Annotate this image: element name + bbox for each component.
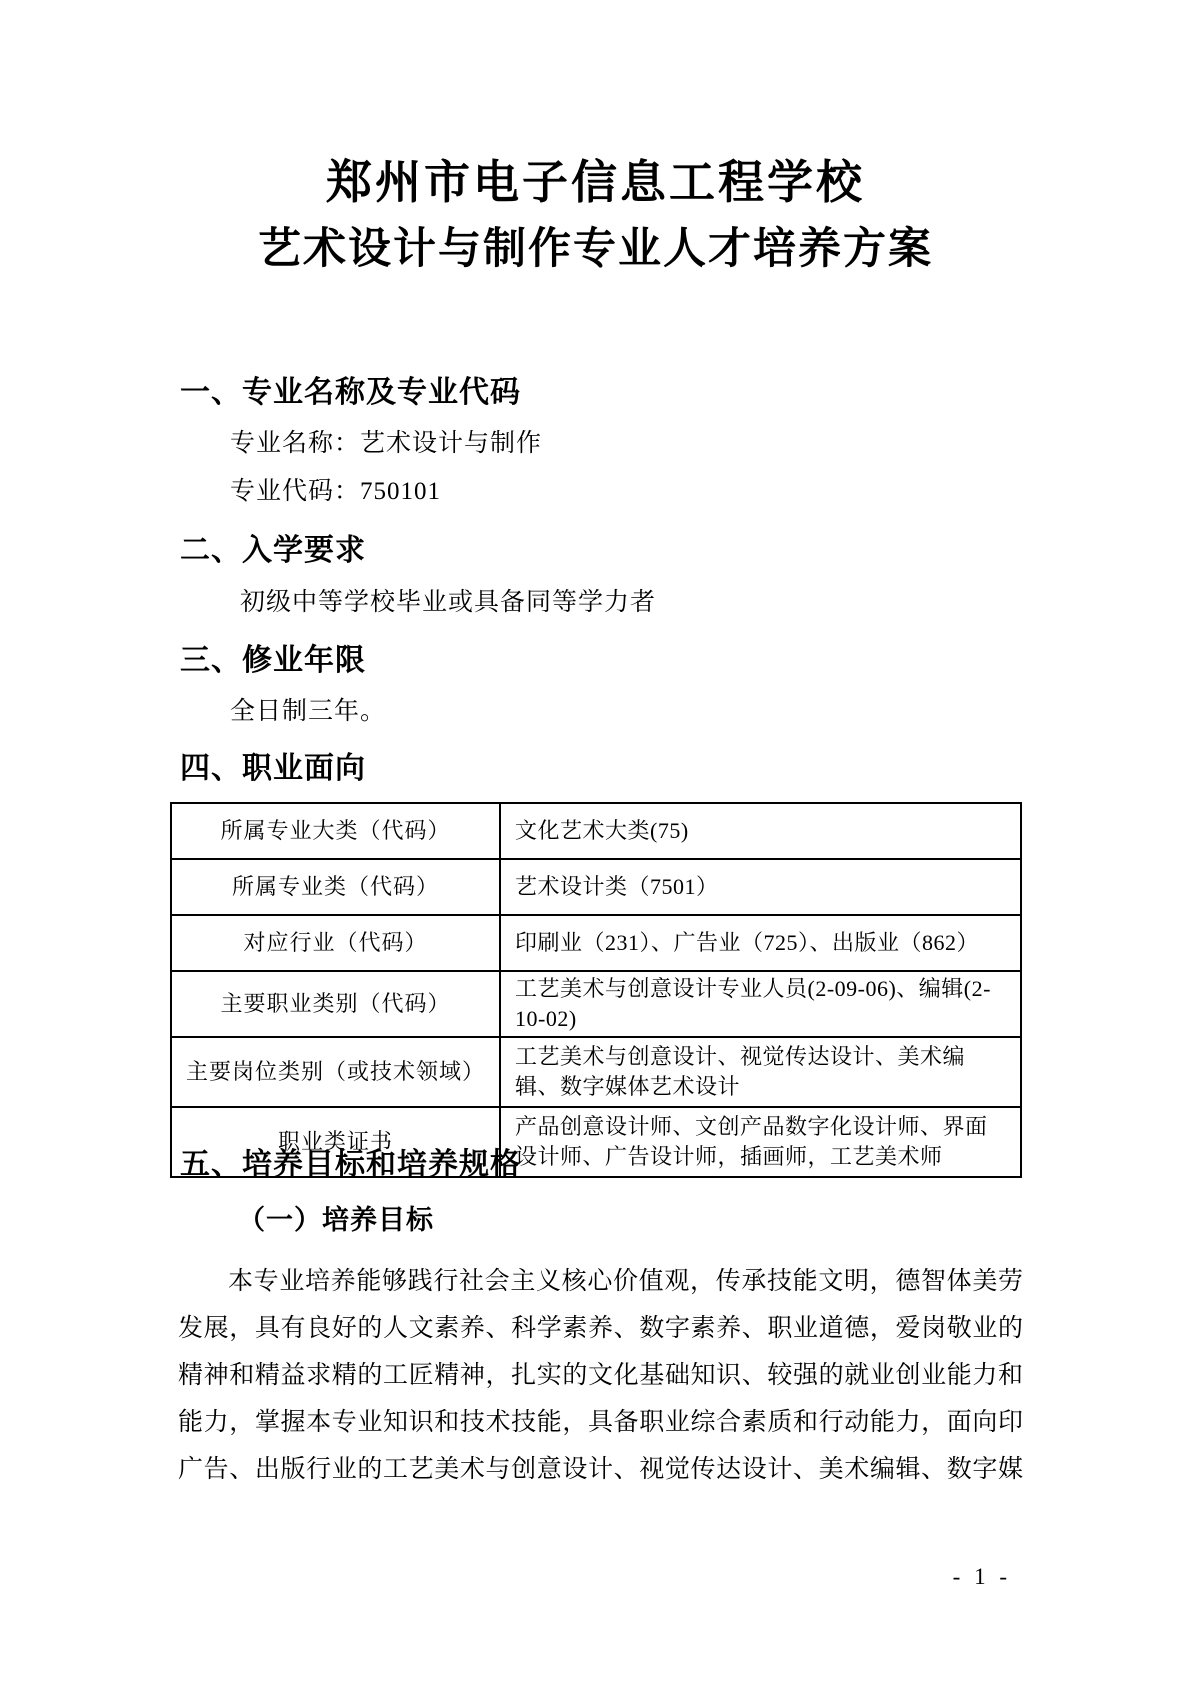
table-row-value: 工艺美术与创意设计、视觉传达设计、美术编辑、数字媒体艺术设计 [500,1037,1021,1107]
paragraph-line: 广告、出版行业的工艺美术与创意设计、视觉传达设计、美术编辑、数字媒体艺 [178,1446,1023,1493]
document-title-line2: 艺术设计与制作专业人才培养方案 [0,226,1191,273]
table-row-value: 产品创意设计师、文创产品数字化设计师、界面设计师、广告设计师，插画师，工艺美术师 [500,1107,1021,1177]
table-row-label: 所属专业类（代码） [171,859,500,915]
page-number: - 1 - [953,1564,1011,1589]
study-duration-line: 全日制三年。 [230,698,386,727]
table-row: 所属专业大类（代码） 文化艺术大类(75) [171,803,1021,859]
table-row: 主要职业类别（代码） 工艺美术与创意设计专业人员(2-09-06)、编辑(2-1… [171,971,1021,1037]
table-row-label: 对应行业（代码） [171,915,500,971]
table-row-value: 工艺美术与创意设计专业人员(2-09-06)、编辑(2-10-02) [500,971,1021,1037]
section4-heading: 四、职业面向 [180,752,366,785]
paragraph-line: 能力，掌握本专业知识和技术技能，具备职业综合素质和行动能力，面向印刷、 [178,1399,1023,1446]
paragraph-line: 精神和精益求精的工匠精神，扎实的文化基础知识、较强的就业创业能力和学习 [178,1352,1023,1399]
table-row-label: 主要岗位类别（或技术领域） [171,1037,500,1107]
table-row: 主要岗位类别（或技术领域） 工艺美术与创意设计、视觉传达设计、美术编辑、数字媒体… [171,1037,1021,1107]
paragraph-line: 本专业培养能够践行社会主义核心价值观，传承技能文明，德智体美劳全面 [178,1258,1023,1305]
table-row: 所属专业类（代码） 艺术设计类（7501） [171,859,1021,915]
paragraph-line: 发展，具有良好的人文素养、科学素养、数字素养、职业道德，爱岗敬业的职业 [178,1305,1023,1352]
table-row: 对应行业（代码） 印刷业（231）、广告业（725）、出版业（862） [171,915,1021,971]
table-row-value: 文化艺术大类(75) [500,803,1021,859]
table-row-label: 主要职业类别（代码） [171,971,500,1037]
admission-requirement-line: 初级中等学校毕业或具备同等学力者 [240,589,656,618]
training-goal-paragraph: 本专业培养能够践行社会主义核心价值观，传承技能文明，德智体美劳全面 发展，具有良… [178,1258,1023,1493]
section5-heading: 五、培养目标和培养规格 [180,1148,521,1181]
document-page: 郑州市电子信息工程学校 艺术设计与制作专业人才培养方案 一、专业名称及专业代码 … [0,0,1191,1684]
career-orientation-table: 所属专业大类（代码） 文化艺术大类(75) 所属专业类（代码） 艺术设计类（75… [170,802,1022,1178]
section3-heading: 三、修业年限 [180,644,366,677]
section2-heading: 二、入学要求 [180,534,366,567]
document-title-line1: 郑州市电子信息工程学校 [0,158,1191,209]
section1-heading: 一、专业名称及专业代码 [180,376,521,409]
major-code-line: 专业代码：750101 [230,478,441,507]
table-row-value: 印刷业（231）、广告业（725）、出版业（862） [500,915,1021,971]
major-name-line: 专业名称：艺术设计与制作 [230,430,542,459]
section5-subheading-training-goal: （一）培养目标 [238,1206,434,1236]
table-row-label: 所属专业大类（代码） [171,803,500,859]
table-row-value: 艺术设计类（7501） [500,859,1021,915]
